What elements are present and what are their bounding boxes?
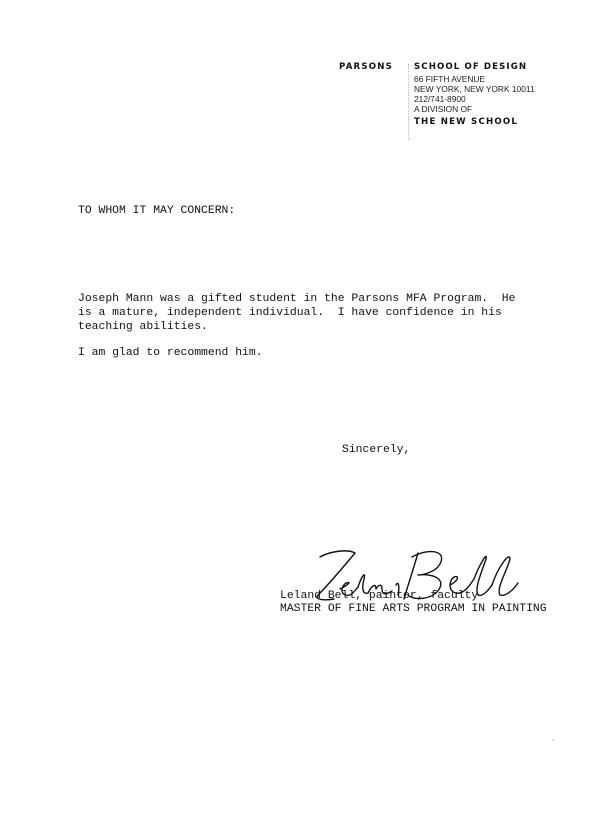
paper-speck: [552, 739, 554, 741]
body-paragraph-2: I am glad to recommend him.: [78, 347, 263, 359]
letterhead-division-label: A DIVISION OF: [414, 104, 535, 114]
salutation: TO WHOM IT MAY CONCERN:: [78, 205, 235, 217]
letterhead-divider: [408, 64, 409, 140]
letterhead-address-city: NEW YORK, NEW YORK 10011: [414, 84, 535, 94]
signer-title: MASTER OF FINE ARTS PROGRAM IN PAINTING: [280, 603, 547, 615]
letter-page: PARSONS SCHOOL OF DESIGN 66 FIFTH AVENUE…: [0, 0, 600, 825]
closing: Sincerely,: [342, 444, 410, 456]
letterhead-school: SCHOOL OF DESIGN: [414, 62, 535, 72]
letterhead-block: SCHOOL OF DESIGN 66 FIFTH AVENUE NEW YOR…: [414, 62, 535, 127]
letterhead-phone: 212/741-8900: [414, 94, 535, 104]
body-paragraph-1: Joseph Mann was a gifted student in the …: [78, 292, 515, 334]
letterhead-address-street: 66 FIFTH AVENUE: [414, 74, 535, 84]
letterhead-division: THE NEW SCHOOL: [414, 117, 535, 127]
letterhead-parsons: PARSONS: [339, 62, 393, 72]
signer-name: Leland Bell, painter, faculty: [280, 590, 478, 602]
